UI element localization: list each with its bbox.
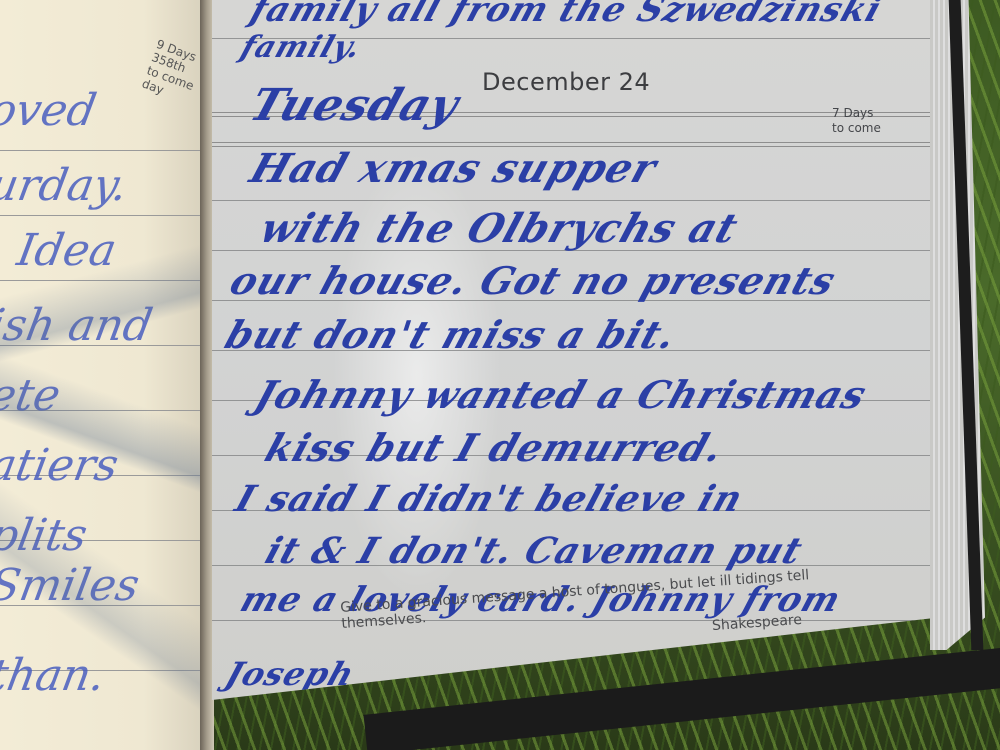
handwritten-line: family. xyxy=(236,30,366,65)
ruled-line xyxy=(212,620,932,621)
weekday-handwritten: Tuesday xyxy=(244,80,466,131)
handwritten-line: kiss but I demurred. xyxy=(260,425,730,470)
handwritten-line: I said I didn't believe in xyxy=(230,478,748,520)
days-to-come-label: 7 Days to come xyxy=(832,106,881,136)
right-diary-page: December 24 7 Days to come family all fr… xyxy=(212,0,952,700)
days-caption: to come xyxy=(832,121,881,136)
handwritten-line: with the Olbrychs at xyxy=(254,205,744,252)
handwritten-line: our house. Got no presents xyxy=(225,258,842,303)
handwritten-line: family all from the Szwedzinski xyxy=(246,0,888,30)
date-heading: December 24 xyxy=(482,68,650,96)
days-count: 7 Days xyxy=(832,106,881,121)
left-diary-page: 9 Days 358th to come day oved urday. . I… xyxy=(0,0,205,750)
book-gutter xyxy=(200,0,214,750)
handwritten-line: Had xmas supper xyxy=(244,145,662,192)
handwritten-line: Johnny wanted a Christmas xyxy=(250,372,873,417)
grass-shadow-overlay xyxy=(0,0,205,750)
handwritten-line: it & I don't. Caveman put xyxy=(260,530,808,572)
handwritten-line: but don't miss a bit. xyxy=(220,312,683,357)
ruled-line xyxy=(212,200,932,201)
